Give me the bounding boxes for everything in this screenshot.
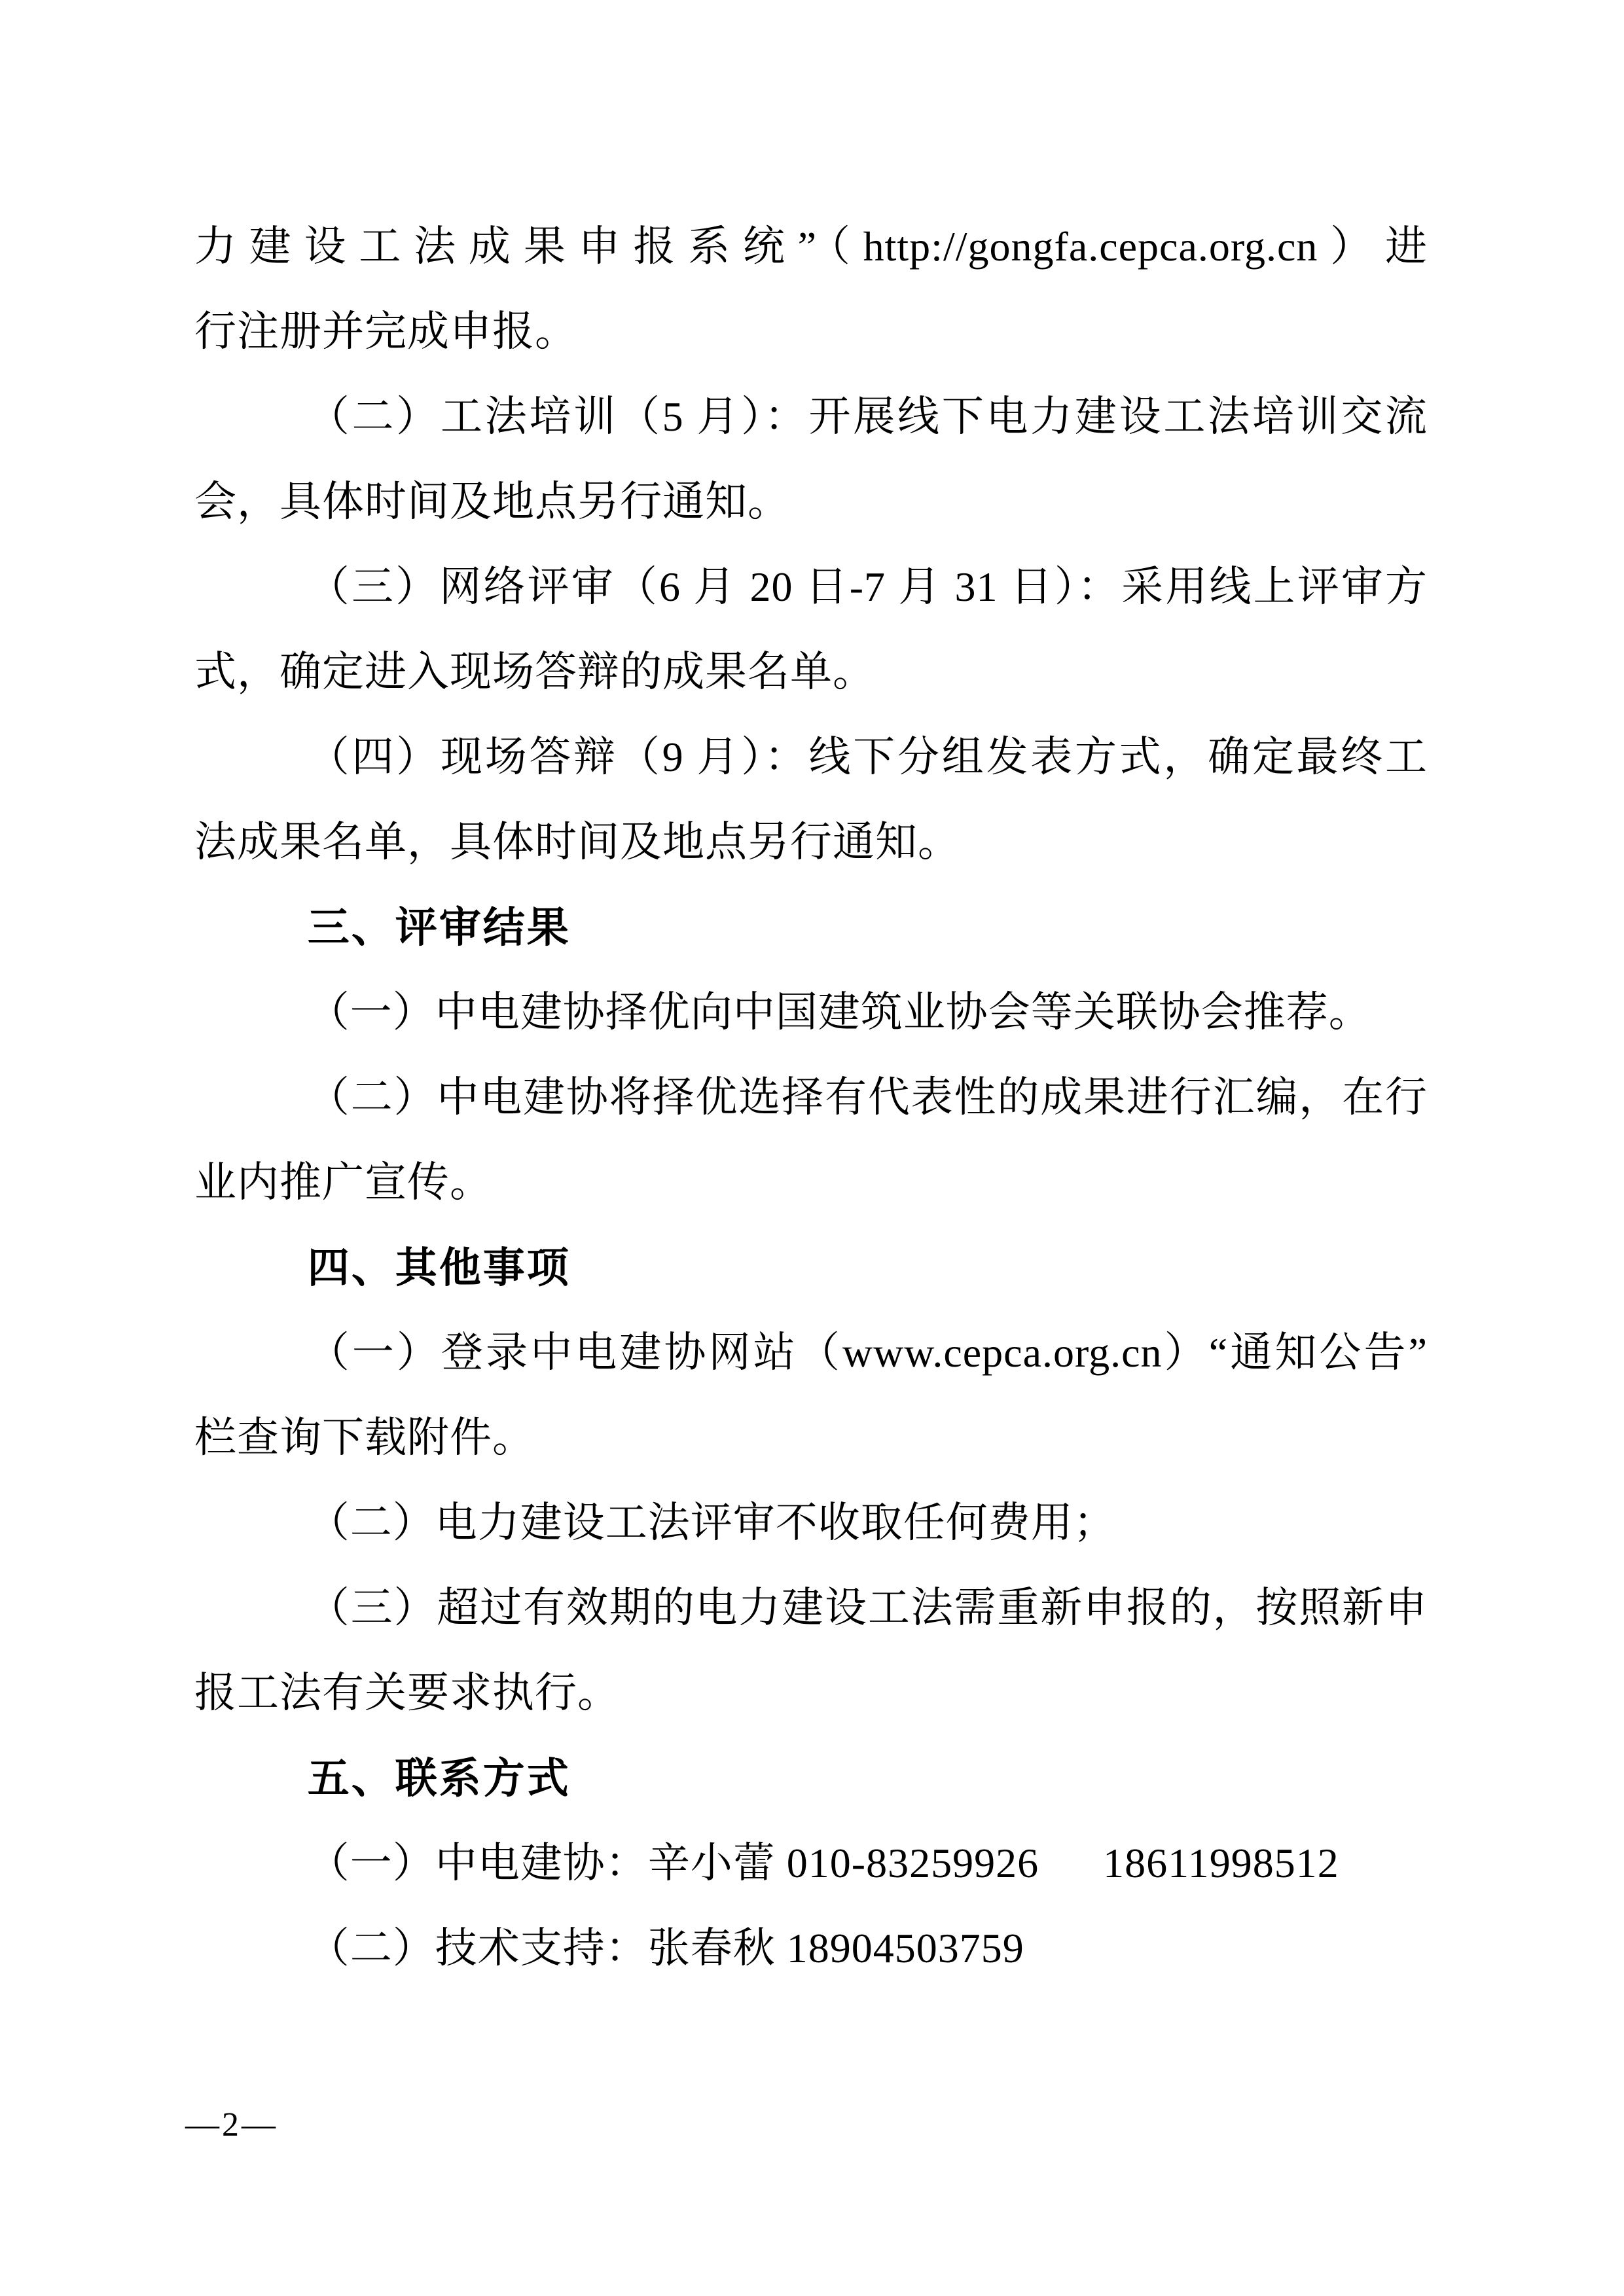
text-line: 行注册并完成申报。	[194, 289, 1428, 374]
text-line: （二）中电建协将择优选择有代表性的成果进行汇编，在行	[194, 1055, 1428, 1140]
text-line: （一）登录中电建协网站（www.cepca.org.cn）“通知公告”	[194, 1310, 1428, 1395]
document-body: 力建设工法成果申报系统”（http://gongfa.cepca.org.cn）…	[194, 204, 1428, 1991]
text-line: （二）电力建设工法评审不收取任何费用；	[194, 1480, 1428, 1566]
section-heading: 四、其他事项	[194, 1225, 1428, 1310]
page-number: —2—	[185, 2102, 278, 2148]
text-line: 报工法有关要求执行。	[194, 1651, 1428, 1736]
section-heading: 三、评审结果	[194, 885, 1428, 970]
text-line: （一）中电建协：辛小蕾 010-83259926 18611998512	[194, 1821, 1428, 1906]
text-line: 法成果名单，具体时间及地点另行通知。	[194, 800, 1428, 885]
text-line: 式，确定进入现场答辩的成果名单。	[194, 630, 1428, 715]
text-line: 业内推广宣传。	[194, 1140, 1428, 1225]
text-line: （一）中电建协择优向中国建筑业协会等关联协会推荐。	[194, 970, 1428, 1055]
text-line: 力建设工法成果申报系统”（http://gongfa.cepca.org.cn）…	[194, 204, 1428, 289]
text-line: （三）超过有效期的电力建设工法需重新申报的，按照新申	[194, 1566, 1428, 1651]
text-line: （二）工法培训（5 月）：开展线下电力建设工法培训交流	[194, 374, 1428, 459]
text-line: 栏查询下载附件。	[194, 1395, 1428, 1480]
document-page: 力建设工法成果申报系统”（http://gongfa.cepca.org.cn）…	[0, 0, 1624, 2296]
text-line: （二）技术支持：张春秋 18904503759	[194, 1906, 1428, 1991]
text-line: （四）现场答辩（9 月）：线下分组发表方式，确定最终工	[194, 715, 1428, 800]
text-line: 会，具体时间及地点另行通知。	[194, 459, 1428, 545]
section-heading: 五、联系方式	[194, 1736, 1428, 1821]
text-line: （三）网络评审（6 月 20 日-7 月 31 日）：采用线上评审方	[194, 545, 1428, 630]
